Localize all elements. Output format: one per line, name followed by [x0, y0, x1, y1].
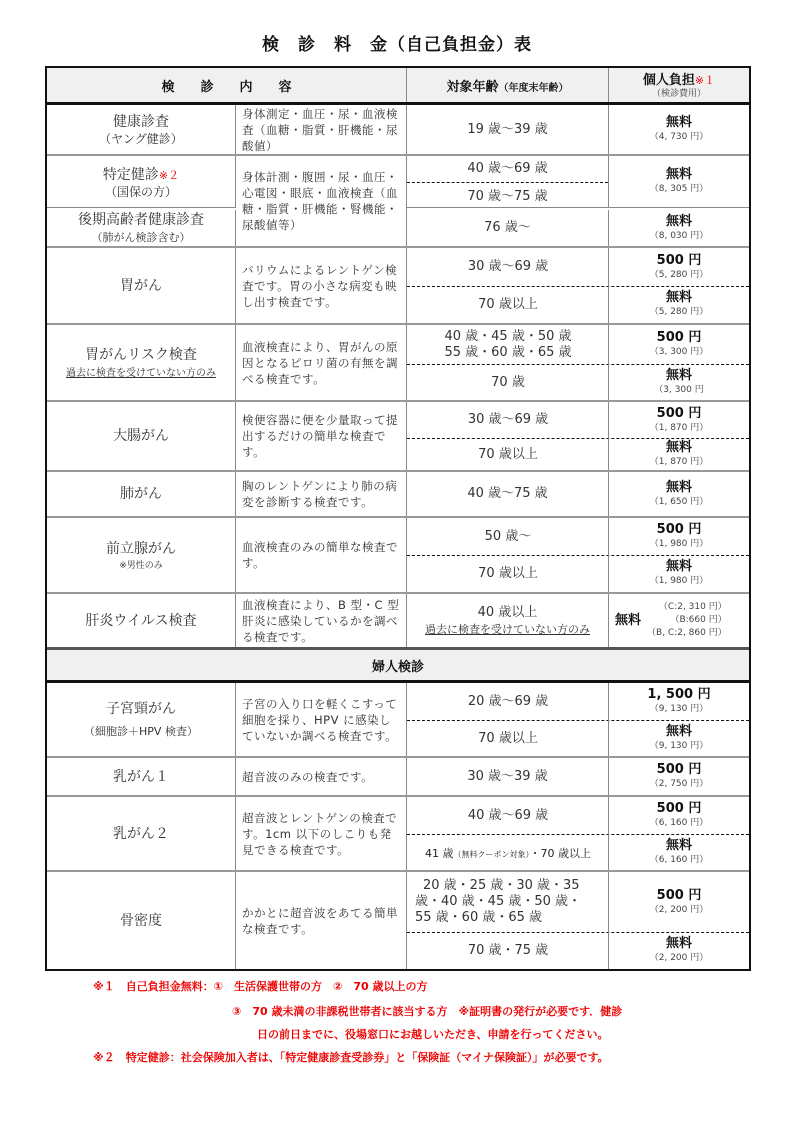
table-row: 肝炎ウイルス検査 血液検査により、B 型・C 型肝炎に感染しているかを調べる検査…: [47, 594, 749, 647]
personal-cost: 無料 （2, 200 円）: [609, 932, 749, 969]
section-header: 婦人検診: [47, 647, 749, 683]
description-text: 子宮の入り口を軽くこすって細胞を採り、HPV に感染していないか調べる検査です。: [242, 696, 400, 744]
age-text: 70 歳～75 歳: [467, 189, 547, 205]
header-sublabel: （検診費用）: [652, 88, 706, 101]
personal-cost: 無料 （6, 160 円）: [609, 834, 749, 870]
full-cost-text: （2, 200 円）: [650, 952, 709, 965]
description-text: 血液検査により、B 型・C 型肝炎に感染しているかを調べる検査です。: [242, 597, 400, 645]
personal-cost: 500 円 （1, 870 円）: [609, 402, 749, 438]
exam-note: 過去に検査を受けていない方のみ: [66, 364, 216, 379]
exam-title: 胃がんリスク検査: [85, 346, 197, 364]
description-text: 超音波のみの検査です。: [242, 769, 373, 785]
personal-cost: 無料 （1, 650 円）: [609, 472, 749, 516]
exam-description: かかとに超音波をあてる簡単な検査です。: [236, 872, 407, 969]
exam-description: 超音波のみの検査です。: [236, 758, 407, 795]
description-text: 超音波とレントゲンの検査です。1cm 以下のしこりも発見できる検査です。: [242, 810, 400, 858]
footnote-1: ※１ 自己負担金無料：① 生活保護世帯の方 ② 70 歳以上の方: [93, 978, 427, 994]
note-mark: ※２: [159, 169, 179, 182]
price-text: 無料: [666, 559, 692, 575]
exam-name: 胃がん: [47, 248, 236, 323]
page-title: 検 診 料 金（自己負担金）表: [0, 30, 794, 55]
section-label-cell: 婦人検診: [47, 650, 749, 680]
note-mark: ※１: [695, 74, 715, 87]
exam-subtitle: （ヤング健診）: [99, 131, 183, 147]
full-cost-text: （4, 730 円）: [650, 131, 709, 144]
table-row: 健康診査 （ヤング健診） 身体測定・血圧・尿・血液検査（血糖・脂質・肝機能・尿酸…: [47, 105, 749, 156]
col-divider: [407, 402, 609, 470]
col-divider: [407, 683, 609, 756]
full-cost-text: （6, 160 円）: [650, 854, 709, 867]
personal-cost: 500 円 （2, 200 円）: [609, 872, 749, 932]
fee-table: 検 診 内 容 対象年齢（年度末年齢） 個人負担※１ （検診費用） 健康診査 （…: [45, 66, 751, 971]
exam-description: バリウムによるレントゲン検査です。胃の小さな病変も映し出す検査です。: [236, 248, 407, 323]
exam-name: 前立腺がん ※男性のみ: [47, 518, 236, 592]
exam-description: 血液検査により、胃がんの原因となるピロリ菌の有無を調べる検査です。: [236, 325, 407, 400]
exam-title: 大腸がん: [113, 427, 169, 445]
personal-cost: 無料 （3, 300 円: [609, 364, 749, 400]
personal-cost: 無料 （1, 980 円）: [609, 555, 749, 592]
exam-description: 検便容器に便を少量取って提出するだけの簡単な検査です。: [236, 402, 407, 470]
price-text: 無料: [666, 368, 692, 384]
exam-subtitle: （細胞診＋HPV 検査）: [84, 724, 198, 740]
exam-title: 乳がん１: [113, 768, 169, 786]
target-age: 40 歳～69 歳 70 歳～75 歳: [407, 156, 609, 208]
age-text: 19 歳～39 歳: [467, 122, 547, 138]
target-age: 30 歳～39 歳: [407, 758, 609, 795]
price-text: 無料: [666, 115, 692, 131]
full-cost-text: （2, 200 円）: [650, 904, 709, 917]
exam-description: 血液検査により、B 型・C 型肝炎に感染しているかを調べる検査です。: [236, 594, 407, 647]
personal-cost: 無料 （8, 305 円）: [609, 156, 749, 208]
header-personal-cost: 個人負担※１ （検診費用）: [609, 68, 749, 102]
exam-title: 肝炎ウイルス検査: [85, 612, 196, 630]
description-text: バリウムによるレントゲン検査です。胃の小さな病変も映し出す検査です。: [242, 262, 400, 310]
price-text: 500 円: [657, 888, 702, 904]
full-cost-text: （1, 650 円）: [650, 496, 709, 509]
age-text: 30 歳～39 歳: [467, 769, 547, 785]
exam-name: 乳がん２: [47, 797, 236, 870]
age-text: 76 歳～: [484, 220, 531, 236]
full-cost-text: （1, 870 円）: [650, 456, 709, 469]
price-text: 500 円: [657, 801, 702, 817]
price-text: 無料: [666, 936, 692, 952]
exam-name: 肺がん: [47, 472, 236, 516]
exam-subtitle: （肺がん検診含む）: [92, 229, 191, 245]
personal-cost: 500 円 （3, 300 円）: [609, 325, 749, 364]
full-cost-text: （1, 980 円）: [650, 538, 709, 551]
personal-cost: 無料 （4, 730 円）: [609, 105, 749, 154]
price-text: 無料: [615, 613, 641, 629]
exam-name: 子宮頸がん （細胞診＋HPV 検査）: [47, 683, 236, 756]
full-cost-text: （1, 980 円）: [650, 575, 709, 588]
price-text: 無料: [666, 290, 692, 306]
table-row: 骨密度 かかとに超音波をあてる簡単な検査です。 20 歳・25 歳・30 歳・3…: [47, 872, 749, 969]
table-row: 胃がんリスク検査 過去に検査を受けていない方のみ 血液検査により、胃がんの原因と…: [47, 325, 749, 402]
exam-name: 胃がんリスク検査 過去に検査を受けていない方のみ: [47, 325, 236, 400]
footnote-2: ※２ 特定健診：社会保険加入者は、「特定健康診査受診券」と「保険証（マイナ保険証…: [93, 1049, 609, 1065]
personal-cost: 500 円 （6, 160 円）: [609, 797, 749, 834]
exam-title: 健康診査: [113, 113, 169, 131]
personal-cost: 無料 （5, 280 円）: [609, 286, 749, 323]
personal-cost: 500 円 （1, 980 円）: [609, 518, 749, 555]
full-cost-text: （B:660 円）: [670, 614, 726, 627]
personal-cost: 無料 （1, 870 円）: [609, 438, 749, 470]
price-text: 無料: [666, 480, 692, 496]
full-cost-text: （6, 160 円）: [650, 817, 709, 830]
full-cost-text: （9, 130 円）: [650, 703, 709, 716]
col-divider: [407, 325, 609, 400]
col-divider: [407, 797, 609, 870]
exam-title: 骨密度: [120, 912, 162, 930]
price-text: 無料: [666, 724, 692, 740]
target-age: 19 歳～39 歳: [407, 105, 609, 154]
exam-name: 乳がん１: [47, 758, 236, 795]
exam-title: 特定健診: [103, 167, 159, 183]
exam-title: 前立腺がん: [106, 540, 176, 558]
full-cost-text: （C:2, 310 円）: [659, 601, 727, 614]
section-title: 婦人検診: [372, 656, 424, 675]
description-text: 胸のレントゲンにより肺の病変を診断する検査です。: [242, 478, 400, 510]
header-label: 検 診 内 容: [161, 76, 291, 95]
full-cost-text: （8, 305 円）: [650, 183, 709, 196]
target-age: 40 歳以上 過去に検査を受けていない方のみ: [407, 594, 609, 647]
price-text: 無料: [666, 440, 692, 456]
exam-title: 肺がん: [120, 485, 162, 503]
exam-title: 乳がん２: [113, 825, 169, 843]
personal-cost: 1, 500 円 （9, 130 円）: [609, 683, 749, 720]
target-age: 76 歳～: [407, 210, 609, 246]
exam-name: 肝炎ウイルス検査: [47, 594, 236, 647]
table-header: 検 診 内 容 対象年齢（年度末年齢） 個人負担※１ （検診費用）: [47, 68, 749, 105]
exam-name: 大腸がん: [47, 402, 236, 470]
age-tier: 40 歳～69 歳: [407, 156, 608, 182]
footnote-1-item-3: ③ 70 歳未満の非課税世帯者に該当する方 ※証明書の発行が必要です．健診: [232, 1003, 622, 1019]
age-note: 過去に検査を受けていない方のみ: [425, 621, 590, 637]
price-text: 500 円: [657, 253, 702, 269]
exam-description: 胸のレントゲンにより肺の病変を診断する検査です。: [236, 472, 407, 516]
full-cost-text: （3, 300 円: [654, 384, 704, 397]
exam-subtitle: （国保の方）: [105, 184, 177, 200]
full-cost-text: （3, 300 円）: [650, 346, 709, 359]
personal-cost: 500 円 （2, 750 円）: [609, 758, 749, 795]
personal-cost: 無料 （9, 130 円）: [609, 720, 749, 756]
price-text: 無料: [666, 167, 692, 183]
full-cost-text: （2, 750 円）: [650, 778, 709, 791]
table-row: 子宮頸がん （細胞診＋HPV 検査） 子宮の入り口を軽くこすって細胞を採り、HP…: [47, 683, 749, 758]
table-row: 大腸がん 検便容器に便を少量取って提出するだけの簡単な検査です。 30 歳～69…: [47, 402, 749, 472]
col-divider: [407, 518, 609, 592]
target-age: 40 歳～75 歳: [407, 472, 609, 516]
full-cost-text: （5, 280 円）: [650, 306, 709, 319]
description-text: かかとに超音波をあてる簡単な検査です。: [242, 905, 400, 937]
description-text: 身体計測・腹囲・尿・血圧・心電図・眼底・血液検査（血糖・脂質・肝機能・腎機能・尿…: [242, 169, 400, 233]
description-text: 血液検査により、胃がんの原因となるピロリ菌の有無を調べる検査です。: [242, 339, 400, 387]
header-label: 個人負担: [643, 73, 695, 88]
price-text: 無料: [666, 214, 692, 230]
header-sublabel: （年度末年齢）: [499, 83, 569, 94]
exam-title: 後期高齢者健康診査: [78, 211, 204, 229]
price-text: 500 円: [657, 762, 702, 778]
age-text: 40 歳～69 歳: [467, 161, 547, 177]
full-cost-text: （B, C:2, 860 円）: [647, 627, 727, 640]
price-text: 500 円: [657, 522, 702, 538]
exam-description: 超音波とレントゲンの検査です。1cm 以下のしこりも発見できる検査です。: [236, 797, 407, 870]
price-text: 1, 500 円: [647, 687, 710, 703]
exam-name: 特定健診※２ （国保の方）: [47, 156, 236, 208]
exam-description: 身体測定・血圧・尿・血液検査（血糖・脂質・肝機能・尿酸値）: [236, 105, 407, 154]
personal-cost: 無料 （C:2, 310 円） （B:660 円） （B, C:2, 860 円…: [609, 594, 749, 647]
exam-name: 骨密度: [47, 872, 236, 969]
full-cost-text: （1, 870 円）: [650, 422, 709, 435]
exam-description: 子宮の入り口を軽くこすって細胞を採り、HPV に感染していないか調べる検査です。: [236, 683, 407, 756]
col-divider: [407, 872, 609, 969]
table-row: 乳がん２ 超音波とレントゲンの検査です。1cm 以下のしこりも発見できる検査です…: [47, 797, 749, 872]
exam-note: ※男性のみ: [119, 558, 163, 571]
full-cost-text: （9, 130 円）: [650, 740, 709, 753]
age-tier: 70 歳～75 歳: [407, 182, 608, 210]
personal-cost: 500 円 （5, 280 円）: [609, 248, 749, 286]
table-row: 乳がん１ 超音波のみの検査です。 30 歳～39 歳 500 円 （2, 750…: [47, 758, 749, 797]
age-text: 40 歳～75 歳: [467, 486, 547, 502]
price-text: 500 円: [657, 406, 702, 422]
table-row: 肺がん 胸のレントゲンにより肺の病変を診断する検査です。 40 歳～75 歳 無…: [47, 472, 749, 518]
exam-name: 後期高齢者健康診査 （肺がん検診含む）: [47, 210, 236, 246]
personal-cost: 無料 （8, 030 円）: [609, 210, 749, 246]
age-text: 30 歳～69 歳: [407, 259, 609, 275]
exam-title: 子宮頸がん: [106, 700, 176, 718]
table-row-group: 特定健診※２ （国保の方） 後期高齢者健康診査 （肺がん検診含む） 身体計測・腹…: [47, 156, 749, 248]
header-exam-content: 検 診 内 容: [47, 68, 407, 102]
exam-description: 血液検査のみの簡単な検査です。: [236, 518, 407, 592]
description-text: 血液検査のみの簡単な検査です。: [242, 539, 400, 571]
age-text: 40 歳以上: [478, 605, 538, 621]
exam-name: 健康診査 （ヤング健診）: [47, 105, 236, 154]
footnote-1-continuation: 日の前日までに、役場窓口にお越しいただき、申請を行ってください。: [257, 1026, 609, 1042]
cost-breakdown: （C:2, 310 円） （B:660 円） （B, C:2, 860 円）: [647, 601, 727, 640]
description-text: 身体測定・血圧・尿・血液検査（血糖・脂質・肝機能・尿酸値）: [242, 106, 400, 154]
full-cost-text: （8, 030 円）: [650, 230, 709, 243]
price-text: 無料: [666, 838, 692, 854]
full-cost-text: （5, 280 円）: [650, 269, 709, 282]
description-text: 検便容器に便を少量取って提出するだけの簡単な検査です。: [242, 412, 400, 460]
header-target-age: 対象年齢（年度末年齢）: [407, 68, 609, 102]
table-row: 前立腺がん ※男性のみ 血液検査のみの簡単な検査です。 50 歳～ 70 歳以上…: [47, 518, 749, 594]
exam-title: 胃がん: [120, 277, 162, 295]
header-label: 対象年齢: [446, 80, 498, 95]
age-text: 70 歳以上: [407, 297, 609, 313]
price-text: 500 円: [657, 330, 702, 346]
exam-description: 身体計測・腹囲・尿・血圧・心電図・眼底・血液検査（血糖・脂質・肝機能・腎機能・尿…: [236, 156, 407, 246]
table-row: 胃がん バリウムによるレントゲン検査です。胃の小さな病変も映し出す検査です。 3…: [47, 248, 749, 325]
